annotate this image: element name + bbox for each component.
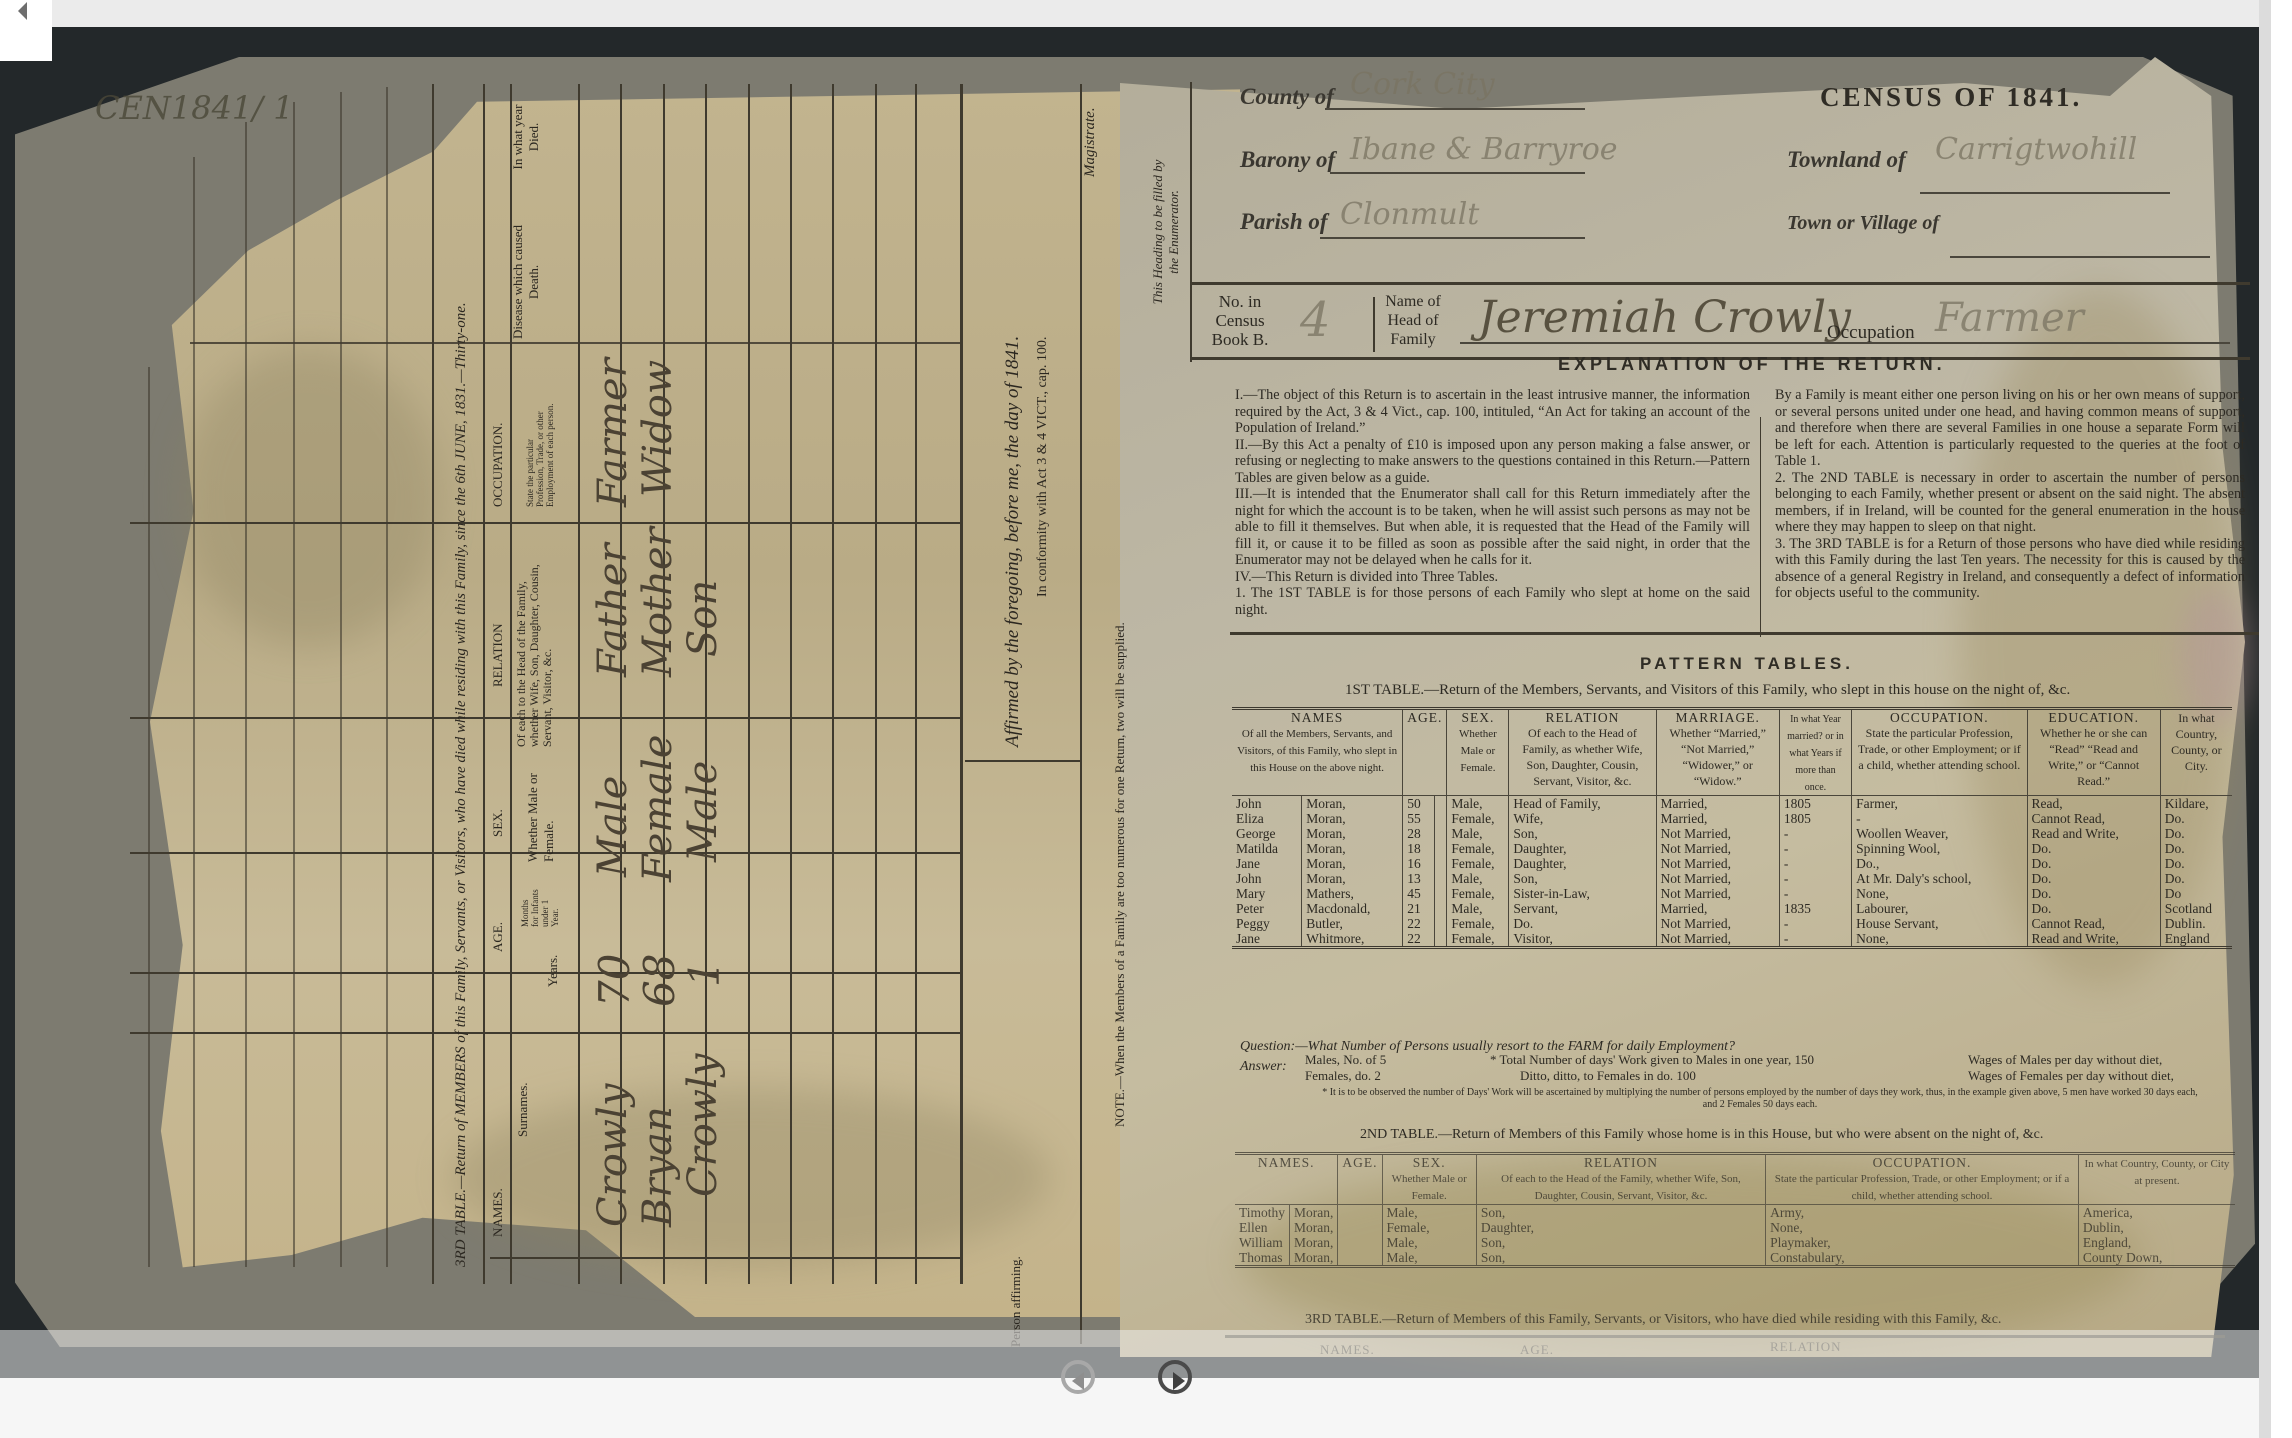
next-page-button[interactable]	[1158, 1360, 1192, 1394]
pink-stain	[2180, 587, 2250, 727]
town-label: Town or Village of	[1787, 212, 1939, 235]
cell-occupation: Army,	[1766, 1205, 2079, 1221]
explanation-para: 3. The 3RD TABLE is for a Return of thos…	[1775, 536, 2245, 602]
circle-play-left-icon	[1072, 1372, 1084, 1390]
cell-year: -	[1779, 871, 1851, 886]
cell-christian: Jane	[1232, 856, 1302, 871]
cell-year: -	[1779, 826, 1851, 841]
left-page-title: 3RD TABLE.—Return of MEMBERS of this Fam…	[453, 302, 470, 1267]
prev-page-button[interactable]	[1061, 1360, 1095, 1394]
pattern-table-1: NAMESOf all the Members, Servants, and V…	[1232, 707, 2232, 949]
archive-mark: CEN1841/ 1	[95, 89, 294, 127]
table-row: WilliamMoran,Male,Son,Playmaker,England,	[1235, 1235, 2235, 1250]
cell-months	[1434, 826, 1447, 841]
cell-year: 1805	[1779, 811, 1851, 826]
entry-years: 70	[590, 954, 639, 1007]
triangle-left-icon	[18, 2, 27, 20]
cell-year: -	[1779, 916, 1851, 931]
header-years: Years.	[545, 955, 561, 987]
cell-birthplace: Do	[2160, 886, 2232, 901]
cell-surname: Moran,	[1302, 796, 1403, 812]
county-label: County of	[1240, 84, 1334, 110]
magistrate-label: Magistrate.	[1082, 107, 1099, 177]
cell-relation: Son,	[1509, 826, 1656, 841]
cell-birthplace: Kildare,	[2160, 796, 2232, 812]
cell-christian: Jane	[1232, 931, 1302, 948]
entry-occupation: Widow	[635, 360, 681, 497]
table1-caption: 1ST TABLE.—Return of the Members, Servan…	[1345, 682, 2070, 699]
cell-surname: Moran,	[1290, 1250, 1338, 1267]
col-sex-sub: Whether Male or Female.	[1459, 728, 1497, 774]
cell-surname: Moran,	[1302, 826, 1403, 841]
cell-surname: Macdonald,	[1302, 901, 1403, 916]
col-occupation-sub: State the particular Profession, Trade, …	[1775, 1173, 2070, 1202]
cell-sex: Male,	[1382, 1205, 1476, 1221]
cell-occupation: Labourer,	[1852, 901, 2027, 916]
header-disease: Disease which caused Death.	[510, 207, 542, 357]
table-row: ElizaMoran,55Female,Wife,Married,1805-Ca…	[1232, 811, 2232, 826]
cell-surname: Moran,	[1290, 1220, 1338, 1235]
cell-years: 18	[1403, 841, 1435, 856]
cell-christian: Peggy	[1232, 916, 1302, 931]
col-relation: RELATION	[1545, 710, 1619, 725]
wages-males: Wages of Males per day without diet,	[1968, 1052, 2162, 1068]
cell-relation: Daughter,	[1476, 1220, 1765, 1235]
table-row: ThomasMoran,Male,Son,Constabulary,County…	[1235, 1250, 2235, 1267]
cell-marriage: Not Married,	[1656, 916, 1779, 931]
cell-years: 28	[1403, 826, 1435, 841]
census-title: CENSUS OF 1841.	[1820, 82, 2082, 113]
col-names-sub: Of all the Members, Servants, and Visito…	[1237, 728, 1397, 774]
cell-education: Do.	[2027, 901, 2160, 916]
answer-label: Answer:	[1240, 1059, 1287, 1075]
header-relation-sub: Of each to the Head of the Family, wheth…	[515, 557, 554, 747]
back-button[interactable]	[0, 0, 52, 61]
cell-age	[1338, 1220, 1382, 1235]
vertical-scrollbar[interactable]	[2259, 0, 2271, 1438]
cell-occupation: None,	[1852, 886, 2027, 901]
entry-years: 1	[680, 960, 729, 987]
cell-sex: Male,	[1447, 826, 1509, 841]
cell-sex: Female,	[1447, 856, 1509, 871]
cell-months	[1434, 841, 1447, 856]
cell-education: Do.	[2027, 886, 2160, 901]
parish-label: Parish of	[1240, 209, 1328, 235]
townland-label: Townland of	[1787, 147, 1906, 173]
explanation-right: By a Family is meant either one person l…	[1775, 387, 2245, 602]
cell-education: Cannot Read,	[2027, 811, 2160, 826]
cell-occupation: None,	[1766, 1220, 2079, 1235]
return-note: NOTE.—When the Members of a Family are t…	[1112, 622, 1128, 1127]
total-days-females: Ditto, ditto, to Females in do. 100	[1520, 1068, 1696, 1084]
cell-surname: Whitmore,	[1302, 931, 1403, 948]
cell-relation: Son,	[1476, 1250, 1765, 1267]
cell-occupation: Woollen Weaver,	[1852, 826, 2027, 841]
table-row: PeggyButler,22Female,Do.Not Married,-Hou…	[1232, 916, 2232, 931]
cell-relation: Head of Family,	[1509, 796, 1656, 812]
county-value: Cork City	[1350, 67, 1495, 102]
cell-christian: Matilda	[1232, 841, 1302, 856]
header-occupation-sub: State the particular Profession, Trade, …	[525, 397, 555, 507]
heading-note: This Heading to be filled by the Enumera…	[1150, 157, 1182, 307]
answer-males: Males, No. of 5	[1305, 1052, 1386, 1068]
table2-caption: 2ND TABLE.—Return of Members of this Fam…	[1360, 1127, 2043, 1143]
cell-relation: Daughter,	[1509, 856, 1656, 871]
answer-females: Females, do. 2	[1305, 1068, 1381, 1084]
cell-occupation: House Servant,	[1852, 916, 2027, 931]
cell-christian: Ellen	[1235, 1220, 1290, 1235]
col-birthplace: In what Country, County, or City.	[2171, 711, 2222, 773]
entry-years: 68	[635, 954, 684, 1007]
entry-sex: Male	[590, 776, 636, 877]
col-occupation: OCCUPATION.	[1890, 710, 1989, 725]
entry-relation: Father	[590, 543, 636, 677]
col-sex: SEX.	[1413, 1155, 1446, 1170]
census-no-value: 4	[1300, 292, 1331, 348]
cell-marriage: Married,	[1656, 796, 1779, 812]
table-row: JaneWhitmore,22Female,Visitor,Not Marrie…	[1232, 931, 2232, 948]
cell-surname: Moran,	[1290, 1235, 1338, 1250]
cell-sex: Female,	[1447, 841, 1509, 856]
cell-months	[1434, 901, 1447, 916]
footnote: * It is to be observed the number of Day…	[1320, 1087, 2200, 1111]
cell-occupation: Constabulary,	[1766, 1250, 2079, 1267]
cell-marriage: Not Married,	[1656, 931, 1779, 948]
table-row: GeorgeMoran,28Male,Son,Not Married,-Wool…	[1232, 826, 2232, 841]
navigation-overlay	[0, 1330, 2259, 1378]
cell-years: 55	[1403, 811, 1435, 826]
cell-occupation: Playmaker,	[1766, 1235, 2079, 1250]
table3-caption: 3RD TABLE.—Return of Members of this Fam…	[1305, 1312, 2001, 1328]
cell-education: Do.	[2027, 871, 2160, 886]
table-row: JohnMoran,50Male,Head of Family,Married,…	[1232, 796, 2232, 812]
header-surnames: Surnames.	[515, 1082, 531, 1137]
col-relation-sub: Of each to the Head of Family, as whethe…	[1522, 726, 1642, 788]
cell-birthplace: Do.	[2160, 871, 2232, 886]
cell-education: Cannot Read,	[2027, 916, 2160, 931]
cell-christian: Timothy	[1235, 1205, 1290, 1221]
document-viewer: CEN1841/ 1 3RD TABLE.—Return of MEMBERS …	[0, 27, 2259, 1378]
parish-value: Clonmult	[1340, 197, 1479, 232]
cell-year: 1805	[1779, 796, 1851, 812]
cell-sex: Female,	[1447, 916, 1509, 931]
cell-marriage: Not Married,	[1656, 856, 1779, 871]
cell-relation: Servant,	[1509, 901, 1656, 916]
cell-education: Read and Write,	[2027, 826, 2160, 841]
cell-age	[1338, 1235, 1382, 1250]
cell-months	[1434, 916, 1447, 931]
col-names: NAMES	[1291, 710, 1343, 725]
col-age: AGE.	[1407, 710, 1442, 725]
col-marriage-sub: Whether “Married,” “Not Married,” “Widow…	[1669, 726, 1766, 788]
cell-location: England,	[2078, 1235, 2235, 1250]
header-occupation: OCCUPATION.	[490, 423, 506, 507]
cell-marriage: Married,	[1656, 901, 1779, 916]
cell-birthplace: Do.	[2160, 826, 2232, 841]
header-age: AGE.	[490, 922, 506, 952]
col-marriage: MARRIAGE.	[1676, 710, 1760, 725]
cell-relation: Son,	[1476, 1205, 1765, 1221]
entry-relation: Son	[680, 580, 726, 657]
cell-years: 45	[1403, 886, 1435, 901]
cell-occupation: Spinning Wool,	[1852, 841, 2027, 856]
cell-months	[1434, 796, 1447, 812]
cell-surname: Moran,	[1302, 871, 1403, 886]
cell-sex: Male,	[1382, 1250, 1476, 1267]
cell-years: 16	[1403, 856, 1435, 871]
cell-occupation: -	[1852, 811, 2027, 826]
col-sex-sub: Whether Male or Female.	[1392, 1173, 1467, 1202]
occupation-value: Farmer	[1935, 295, 2084, 341]
explanation-para: IV.—This Return is divided into Three Ta…	[1235, 569, 1750, 586]
cell-months	[1434, 811, 1447, 826]
col-relation: RELATION	[1584, 1155, 1658, 1170]
cell-christian: George	[1232, 826, 1302, 841]
viewer-top-bar	[0, 0, 2259, 27]
entry-occupation: Farmer	[590, 358, 636, 507]
cell-relation: Sister-in-Law,	[1509, 886, 1656, 901]
entry-sex: Female	[635, 735, 681, 882]
explanation-para: III.—It is intended that the Enumerator …	[1235, 486, 1750, 569]
col-occupation: OCCUPATION.	[1873, 1155, 1972, 1170]
entry-surname: Bryan	[635, 1106, 681, 1227]
cell-marriage: Not Married,	[1656, 826, 1779, 841]
cell-christian: Eliza	[1232, 811, 1302, 826]
cell-christian: John	[1232, 871, 1302, 886]
head-label: Name of Head of Family	[1378, 292, 1448, 349]
col-occupation-sub: State the particular Profession, Trade, …	[1858, 726, 2021, 772]
cell-birthplace: Dublin.	[2160, 916, 2232, 931]
cell-months	[1434, 871, 1447, 886]
cell-sex: Male,	[1382, 1235, 1476, 1250]
cell-year: -	[1779, 856, 1851, 871]
affirmation-text: Affirmed by the foregoing, before me, th…	[1002, 336, 1024, 747]
cell-year: -	[1779, 886, 1851, 901]
cell-birthplace: Do.	[2160, 841, 2232, 856]
cell-years: 50	[1403, 796, 1435, 812]
conformity-text: In conformity with Act 3 & 4 VICT., cap.…	[1035, 337, 1051, 597]
col-education: EDUCATION.	[2048, 710, 2139, 725]
cell-christian: John	[1232, 796, 1302, 812]
table-row: JaneMoran,16Female,Daughter,Not Married,…	[1232, 856, 2232, 871]
cell-christian: Thomas	[1235, 1250, 1290, 1267]
col-year-married: In what Year married? or in what Years i…	[1787, 714, 1844, 793]
cell-sex: Female,	[1447, 811, 1509, 826]
cell-occupation: Do.,	[1852, 856, 2027, 871]
cell-sex: Male,	[1447, 796, 1509, 812]
explanation-para: 2. The 2ND TABLE is necessary in order t…	[1775, 470, 2245, 536]
cell-age	[1338, 1205, 1382, 1221]
cell-years: 13	[1403, 871, 1435, 886]
cell-year: -	[1779, 931, 1851, 948]
cell-surname: Moran,	[1302, 841, 1403, 856]
col-names: NAMES.	[1258, 1155, 1315, 1170]
pattern-tables-title: PATTERN TABLES.	[1640, 654, 1854, 674]
water-stain	[180, 347, 440, 647]
entry-sex: Male	[680, 761, 726, 862]
cell-years: 22	[1403, 931, 1435, 948]
cell-location: Dublin,	[2078, 1220, 2235, 1235]
header-relation: RELATION	[490, 623, 506, 687]
cell-surname: Butler,	[1302, 916, 1403, 931]
table-row: PeterMacdonald,21Male,Servant,Married,18…	[1232, 901, 2232, 916]
page-margin	[2271, 0, 2292, 1438]
explanation-para: I.—The object of this Return is to ascer…	[1235, 387, 1750, 437]
header-sex-sub: Whether Male or Female.	[525, 742, 557, 862]
pattern-table-2: NAMES. AGE. SEX.Whether Male or Female. …	[1235, 1152, 2235, 1268]
cell-birthplace: England	[2160, 931, 2232, 948]
head-value: Jeremiah Crowly	[1478, 292, 1851, 343]
census-no-label: No. in Census Book B.	[1205, 292, 1275, 349]
cell-sex: Female,	[1382, 1220, 1476, 1235]
cell-christian: Peter	[1232, 901, 1302, 916]
cell-year: 1835	[1779, 901, 1851, 916]
cell-surname: Mathers,	[1302, 886, 1403, 901]
cell-relation: Daughter,	[1509, 841, 1656, 856]
cell-months	[1434, 886, 1447, 901]
cell-education: Read and Write,	[2027, 931, 2160, 948]
cell-sex: Male,	[1447, 901, 1509, 916]
cell-sex: Female,	[1447, 931, 1509, 948]
explanation-para: II.—By this Act a penalty of £10 is impo…	[1235, 437, 1750, 487]
header-months: Months for Infants under 1 Year.	[520, 887, 560, 927]
explanation-para: By a Family is meant either one person l…	[1775, 387, 2245, 470]
col-sex: SEX.	[1461, 710, 1494, 725]
cell-relation: Do.	[1509, 916, 1656, 931]
header-sex: SEX.	[490, 809, 506, 837]
cell-occupation: Farmer,	[1852, 796, 2027, 812]
cell-marriage: Not Married,	[1656, 871, 1779, 886]
cell-education: Read,	[2027, 796, 2160, 812]
table-row: TimothyMoran,Male,Son,Army,America,	[1235, 1205, 2235, 1221]
cell-marriage: Not Married,	[1656, 886, 1779, 901]
col-age: AGE.	[1342, 1155, 1377, 1170]
cell-months	[1434, 931, 1447, 948]
entry-relation: Mother	[635, 527, 681, 677]
header-year-died: In what year Died.	[510, 97, 542, 177]
col-education-sub: Whether he or she can “Read” “Read and W…	[2040, 726, 2147, 788]
cell-years: 22	[1403, 916, 1435, 931]
cell-months	[1434, 856, 1447, 871]
cell-christian: William	[1235, 1235, 1290, 1250]
wages-females: Wages of Females per day without diet,	[1968, 1068, 2174, 1084]
cell-birthplace: Do.	[2160, 811, 2232, 826]
cell-birthplace: Do.	[2160, 856, 2232, 871]
cell-years: 21	[1403, 901, 1435, 916]
cell-marriage: Married,	[1656, 811, 1779, 826]
cell-relation: Wife,	[1509, 811, 1656, 826]
cell-relation: Son,	[1509, 871, 1656, 886]
cell-age	[1338, 1250, 1382, 1267]
entry-surname: Crowly	[590, 1084, 636, 1227]
cell-surname: Moran,	[1302, 856, 1403, 871]
cell-sex: Female,	[1447, 886, 1509, 901]
header-names: NAMES.	[490, 1188, 506, 1237]
barony-label: Barony of	[1240, 147, 1335, 173]
cell-year: -	[1779, 841, 1851, 856]
explanation-para: 1. The 1ST TABLE is for those persons of…	[1235, 585, 1750, 618]
table-row: MaryMathers,45Female,Sister-in-Law,Not M…	[1232, 886, 2232, 901]
cell-christian: Mary	[1232, 886, 1302, 901]
cell-relation: Son,	[1476, 1235, 1765, 1250]
col-location: In what Country, County, or City at pres…	[2084, 1158, 2229, 1187]
col-relation-sub: Of each to the Head of the Family, wheth…	[1501, 1173, 1741, 1202]
cell-relation: Visitor,	[1509, 931, 1656, 948]
cell-sex: Male,	[1447, 871, 1509, 886]
table-row: EllenMoran,Female,Daughter,None,Dublin,	[1235, 1220, 2235, 1235]
occupation-label: Occupation	[1827, 322, 1915, 344]
total-days-males: * Total Number of days' Work given to Ma…	[1490, 1052, 1814, 1068]
cell-education: Do.	[2027, 856, 2160, 871]
cell-surname: Moran,	[1302, 811, 1403, 826]
townland-value: Carrigtwohill	[1935, 132, 2137, 167]
explanation-left: I.—The object of this Return is to ascer…	[1235, 387, 1750, 618]
entry-surname: Crowly	[680, 1054, 726, 1197]
cell-birthplace: Scotland	[2160, 901, 2232, 916]
cell-location: America,	[2078, 1205, 2235, 1221]
explanation-title: EXPLANATION OF THE RETURN.	[1558, 354, 1946, 375]
barony-value: Ibane & Barryroe	[1350, 132, 1618, 167]
cell-occupation: None,	[1852, 931, 2027, 948]
cell-surname: Moran,	[1290, 1205, 1338, 1221]
table-row: MatildaMoran,18Female,Daughter,Not Marri…	[1232, 841, 2232, 856]
table-row: JohnMoran,13Male,Son,Not Married,-At Mr.…	[1232, 871, 2232, 886]
cell-occupation: At Mr. Daly's school,	[1852, 871, 2027, 886]
cell-marriage: Not Married,	[1656, 841, 1779, 856]
cell-education: Do.	[2027, 841, 2160, 856]
cell-location: County Down,	[2078, 1250, 2235, 1267]
circle-play-right-icon	[1173, 1372, 1185, 1390]
